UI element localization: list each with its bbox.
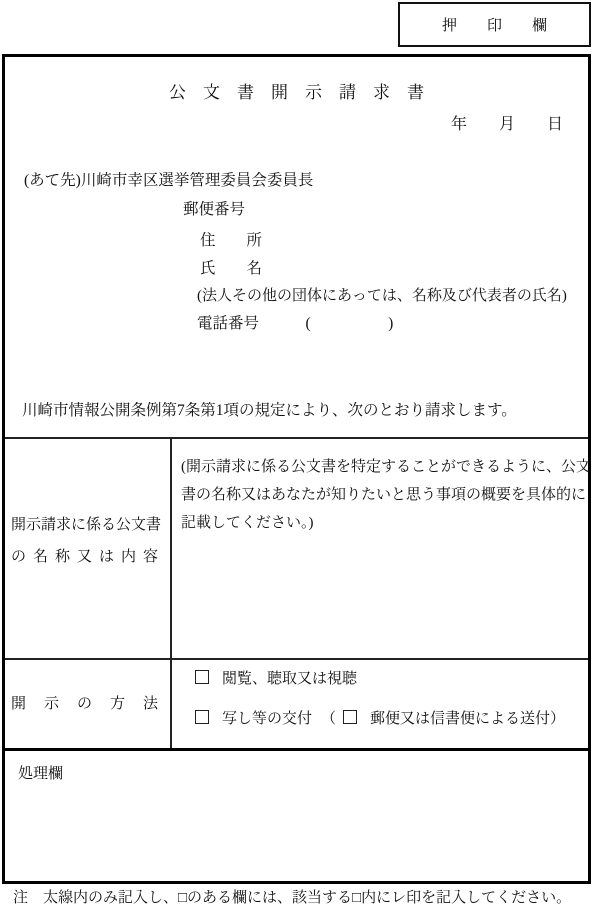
phone-number-label: 電話番号 ( ) [197, 311, 393, 333]
paren-close: ） [550, 707, 565, 728]
checkbox-mail[interactable] [343, 710, 357, 724]
request-statement: 川崎市情報公開条例第7条第1項の規定により、次のとおり請求します。 [22, 398, 517, 420]
disclosure-method-header: 開示の方法 [11, 692, 176, 713]
document-name-header: 開示請求に係る公文書 の名称又は内容 [11, 509, 167, 573]
corporate-name-note: (法人その他の団体にあっては、名称及び代表者の氏名) [197, 284, 567, 305]
form-page: 押 印 欄 公 文 書 開 示 請 求 書 年 月 日 (あて先)川崎市幸区選挙… [0, 0, 594, 905]
addressee-line: (あて先)川崎市幸区選挙管理委員会委員長 [24, 168, 313, 190]
address-label: 住 所 [200, 228, 262, 250]
date-line: 年 月 日 [451, 111, 563, 134]
request-form: 公 文 書 開 示 請 求 書 年 月 日 (あて先)川崎市幸区選挙管理委員会委… [2, 54, 591, 884]
processing-column-label: 処理欄 [18, 762, 63, 783]
table-row-divider [5, 658, 588, 660]
document-name-instruction: (開示請求に係る公文書を特定することができるように、公文書の名称又はあなたが知り… [181, 453, 591, 537]
option-viewing: 閲覧、聴取又は視聴 [195, 668, 357, 686]
option-viewing-label: 閲覧、聴取又は視聴 [222, 667, 357, 688]
option-mail-label: 郵便又は信書便による送付 [370, 707, 550, 728]
footer-note: 注 太線内のみ記入し、□のある欄には、該当する□内にレ印を記入してください。 [13, 886, 571, 905]
thick-bottom-divider [5, 748, 588, 751]
option-copy-label: 写し等の交付 [222, 707, 312, 728]
seal-box: 押 印 欄 [398, 2, 591, 47]
name-label: 氏 名 [200, 256, 262, 278]
document-name-header-line1: 開示請求に係る公文書 [11, 509, 167, 541]
checkbox-viewing[interactable] [195, 670, 209, 684]
document-name-header-line2: の名称又は内容 [11, 541, 167, 573]
form-title: 公 文 書 開 示 請 求 書 [5, 78, 588, 103]
paren-open: （ [321, 707, 336, 728]
postal-code-label: 郵便番号 [183, 197, 245, 219]
seal-box-label: 押 印 欄 [442, 14, 547, 35]
table-top-border [5, 437, 588, 439]
checkbox-copy[interactable] [195, 710, 209, 724]
option-copy: 写し等の交付 （ 郵便又は信書便による送付 ） [195, 708, 565, 726]
